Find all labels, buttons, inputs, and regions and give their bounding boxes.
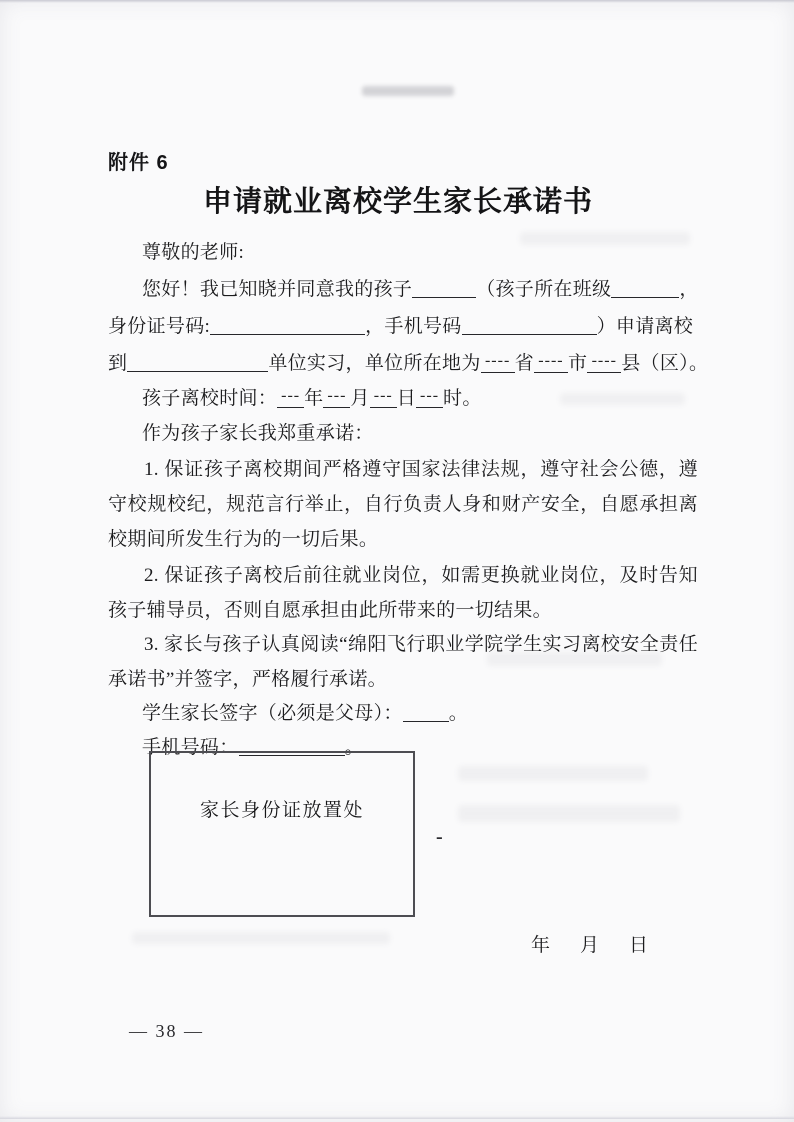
- id-number-blank: [210, 320, 365, 335]
- county-label: 县（区）。: [621, 353, 708, 374]
- id-card-box: 家长身份证放置处: [149, 751, 415, 917]
- province-label: 省: [515, 353, 534, 374]
- month-label: 月: [350, 388, 369, 409]
- stray-dash-mark: -: [436, 826, 443, 849]
- scan-edge-top: [0, 0, 794, 3]
- page-number: — 38 —: [129, 1021, 204, 1042]
- attachment-label: 附件 6: [108, 146, 169, 175]
- leave-time-label: 孩子离校时间：: [142, 388, 277, 409]
- unit-name-blank: [127, 357, 268, 372]
- greeting-line-1: 您好！我已知晓并同意我的孩子（孩子所在班级，: [108, 274, 742, 301]
- phone-number-blank: [462, 320, 597, 335]
- scan-artifact: [458, 766, 648, 781]
- scan-artifact: [458, 805, 680, 822]
- day-blank: ---: [370, 386, 397, 408]
- month-blank: ---: [323, 386, 350, 408]
- signature-period: 。: [449, 703, 468, 724]
- scan-artifact: [132, 932, 390, 944]
- hour-blank: ---: [416, 386, 443, 408]
- phone-number-label: ，手机号码: [365, 316, 462, 337]
- pledge-intro: 作为孩子家长我郑重承诺：: [108, 418, 742, 445]
- signature-label: 学生家长签字（必须是父母）：: [142, 703, 403, 724]
- child-name-blank: [412, 283, 476, 298]
- date-year-label: 年: [531, 935, 550, 956]
- date-line: 年月日: [531, 930, 648, 957]
- id-card-box-label: 家长身份证放置处: [151, 753, 413, 822]
- province-blank: ----: [481, 351, 515, 373]
- scanned-document-page: 附件 6 申请就业离校学生家长承诺书 尊敬的老师: 您好！我已知晓并同意我的孩子…: [0, 0, 794, 1122]
- greeting-text: （孩子所在班级: [476, 279, 611, 300]
- class-blank: [611, 283, 679, 298]
- city-blank: ----: [534, 351, 568, 373]
- year-blank: ---: [277, 386, 304, 408]
- greeting-line-2: 身份证号码:，手机号码）申请离校: [108, 311, 708, 338]
- scan-edge-bottom: [0, 1116, 794, 1119]
- signature-line: 学生家长签字（必须是父母）：。: [108, 698, 742, 725]
- page-title: 申请就业离校学生家长承诺书: [102, 179, 694, 220]
- date-day-label: 日: [629, 935, 648, 956]
- county-blank: ----: [587, 351, 621, 373]
- greeting-text: 您好！我已知晓并同意我的孩子: [142, 279, 412, 300]
- hour-label: 时。: [443, 388, 482, 409]
- greeting-text: 到: [108, 353, 127, 374]
- salutation: 尊敬的老师:: [108, 237, 742, 264]
- day-label: 日: [397, 388, 416, 409]
- pledge-item-1: 1. 保证孩子离校期间严格遵守国家法律法规，遵守社会公德，遵守校规校纪，规范言行…: [108, 452, 698, 557]
- greeting-text: 单位实习，单位所在地为: [268, 353, 480, 374]
- pledge-item-3: 3. 家长与孩子认真阅读“绵阳飞行职业学院学生实习离校安全责任承诺书”并签字，严…: [108, 627, 698, 697]
- pledge-item-2: 2. 保证孩子离校后前往就业岗位，如需更换就业岗位，及时告知孩子辅导员，否则自愿…: [108, 558, 698, 628]
- greeting-line-3: 到单位实习，单位所在地为----省----市----县（区）。: [108, 348, 708, 375]
- scan-artifact: [362, 86, 454, 96]
- date-month-label: 月: [580, 935, 599, 956]
- id-number-label: 身份证号码:: [108, 316, 210, 337]
- greeting-text: ）申请离校: [597, 316, 694, 337]
- year-label: 年: [304, 388, 323, 409]
- city-label: 市: [568, 353, 587, 374]
- leave-time-line: 孩子离校时间：---年---月---日---时。: [108, 383, 742, 410]
- signature-blank: [403, 707, 449, 722]
- greeting-text: ，: [679, 279, 698, 300]
